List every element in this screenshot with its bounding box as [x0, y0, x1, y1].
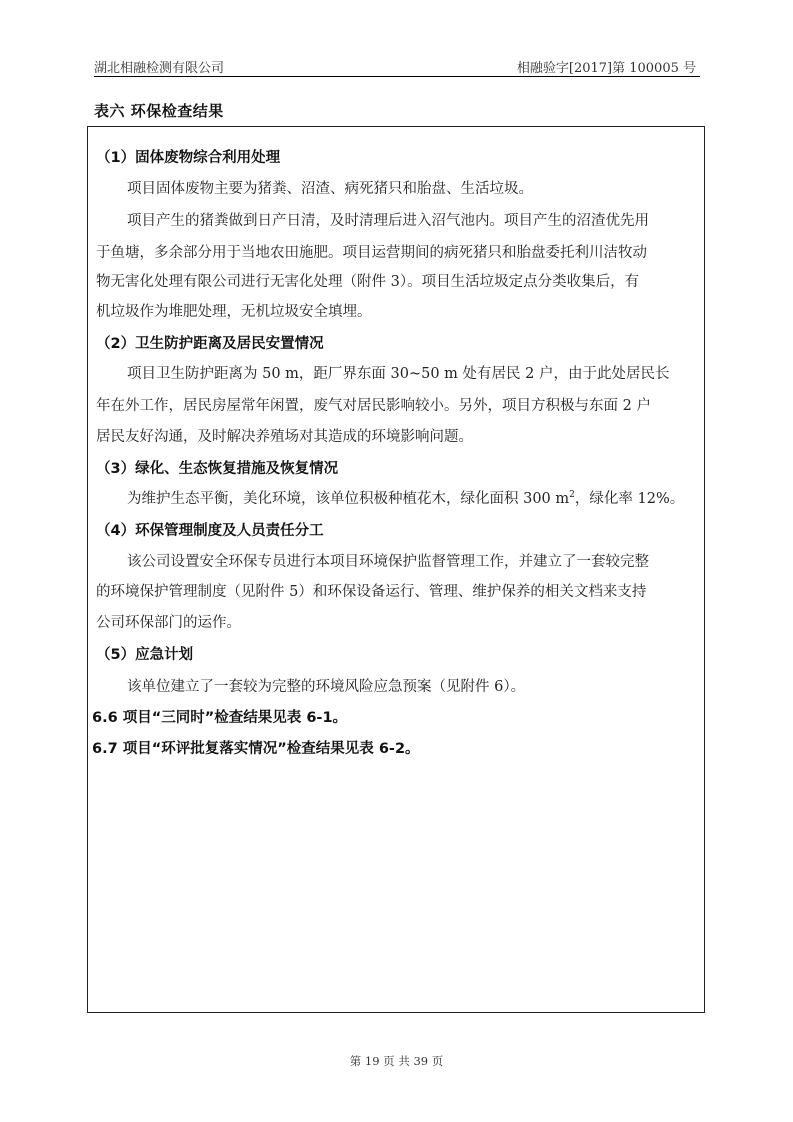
section-heading-5: （5）应急计划 — [96, 643, 193, 664]
paragraph-line: 机垃圾作为堆肥处理，无机垃圾安全填埋。 — [96, 300, 372, 321]
paragraph-line: 物无害化处理有限公司进行无害化处理（附件 3）。项目生活垃圾定点分类收集后，有 — [96, 270, 639, 291]
paragraph-line: 项目固体废物主要为猪粪、沼渣、病死猪只和胎盘、生活垃圾。 — [127, 177, 533, 198]
section-heading-4: （4）环保管理制度及人员责任分工 — [96, 519, 324, 540]
section-heading-3: （3）绿化、生态恢复措施及恢复情况 — [96, 457, 338, 478]
paragraph-line: 公司环保部门的运作。 — [96, 611, 241, 632]
paragraph-line: 年在外工作，居民房屋常年闲置，废气对居民影响较小。另外，项目方积极与东面 2 户 — [96, 394, 651, 415]
page-header: 湖北相融检测有限公司 相融验字[2017]第 100005 号 — [94, 56, 700, 77]
paragraph-line: 的环境保护管理制度（见附件 5）和环保设备运行、管理、维护保养的相关文档来支持 — [96, 580, 646, 601]
document-number: 相融验字[2017]第 100005 号 — [517, 57, 696, 76]
section-heading-2: （2）卫生防护距离及居民安置情况 — [96, 332, 324, 353]
table-title: 表六 环保检查结果 — [94, 100, 224, 121]
company-name: 湖北相融检测有限公司 — [94, 57, 224, 76]
conclusion-6-7: 6.7 项目“环评批复落实情况”检查结果见表 6-2。 — [92, 737, 420, 758]
paragraph-line: 项目卫生防护距离为 50 m，距厂界东面 30~50 m 处有居民 2 户，由于… — [127, 362, 670, 383]
paragraph-line: 居民友好沟通，及时解决养殖场对其造成的环境影响问题。 — [96, 425, 473, 446]
paragraph-line: 该单位建立了一套较为完整的环境风险应急预案（见附件 6）。 — [127, 675, 525, 696]
paragraph-line: 为维护生态平衡，美化环境，该单位积极种植花木，绿化面积 300 m2，绿化率 1… — [127, 487, 684, 508]
page-number: 第 19 页 共 39 页 — [0, 1053, 793, 1069]
paragraph-line: 于鱼塘，多余部分用于当地农田施肥。项目运营期间的病死猪只和胎盘委托利川洁牧动 — [96, 241, 647, 262]
conclusion-6-6: 6.6 项目“三同时”检查结果见表 6-1。 — [92, 706, 347, 727]
section-heading-1: （1）固体废物综合利用处理 — [96, 146, 280, 167]
paragraph-line: 项目产生的猪粪做到日产日清，及时清理后进入沼气池内。项目产生的沼渣优先用 — [127, 209, 649, 230]
paragraph-line: 该公司设置安全环保专员进行本项目环境保护监督管理工作，并建立了一套较完整 — [127, 550, 649, 571]
